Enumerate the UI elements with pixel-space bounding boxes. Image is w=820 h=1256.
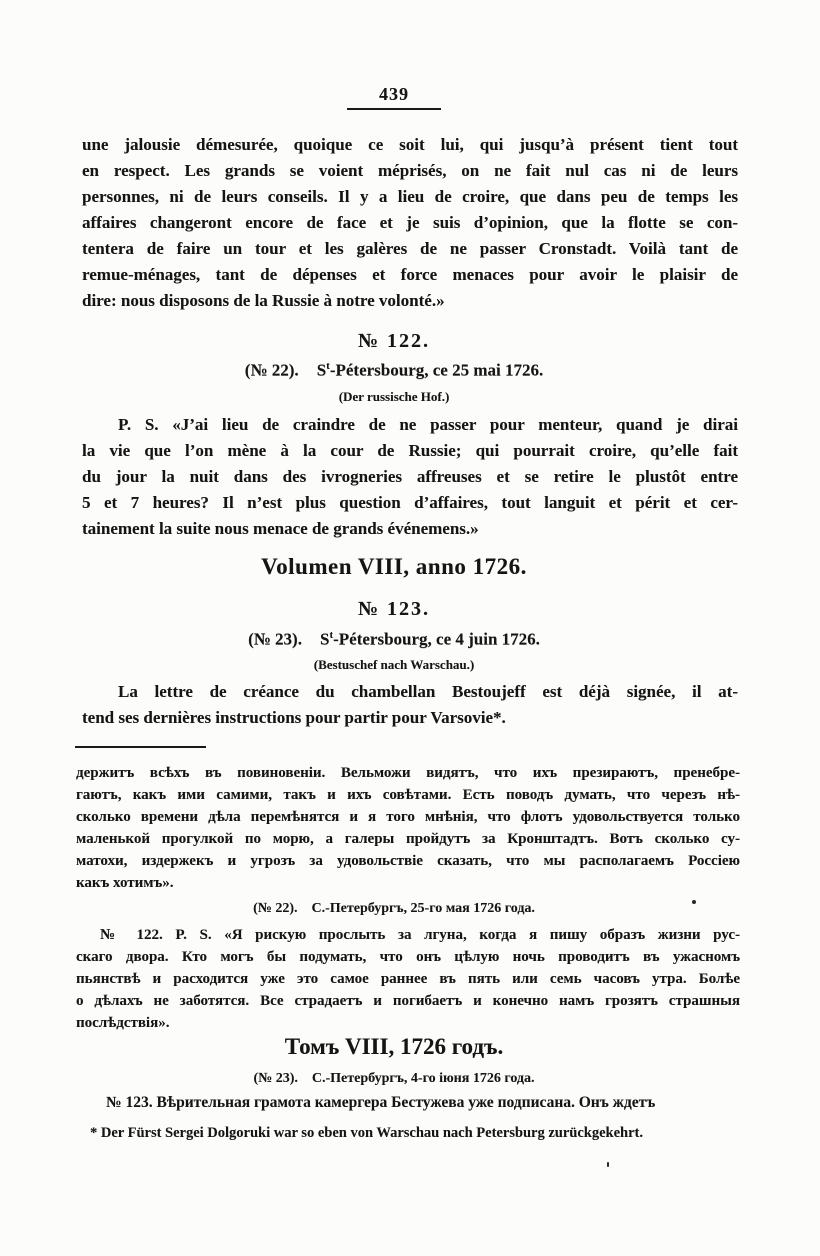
entry-122-dateline: (№ 22).St-Pétersbourg, ce 25 mai 1726.	[82, 360, 706, 381]
text-line: послѣдствія».	[76, 1012, 740, 1034]
text-line: affaires changeront encore de face et je…	[82, 210, 738, 236]
footnote-dateline-123-russian: (№ 23).С.-Петербургъ, 4-го іюня 1726 год…	[82, 1071, 706, 1087]
volume-heading-latin: Volumen VIII, anno 1726.	[82, 554, 706, 580]
text-line: какъ хотимъ».	[76, 872, 740, 894]
text-line: remue-ménages, tant de dépenses et force…	[82, 262, 738, 288]
footnote-dateline-text: С.-Петербургъ, 25-го мая 1726 года.	[312, 901, 535, 916]
paragraph-123: La lettre de créance du chambellan Besto…	[82, 679, 738, 731]
paragraph-ps-122: P. S. «J’ai lieu de craindre de ne passe…	[82, 412, 738, 542]
text-line: en respect. Les grands se voient méprisé…	[82, 158, 738, 184]
text-line: tend ses dernières instructions pour par…	[82, 705, 738, 731]
footnote-russian-continuation: держитъ всѣхъ въ повиновеніи. Вельможи в…	[76, 762, 740, 894]
footnote-dateline-number: (№ 23).	[253, 1071, 297, 1086]
entry-123-dateline-number: (№ 23).	[248, 630, 302, 649]
paragraph-french-continuation: une jalousie démesurée, quoique ce soit …	[82, 132, 738, 314]
text-line: пьянствѣ и расходится уже это самое ранн…	[76, 968, 740, 990]
footnote-paragraph-123-russian: № 123. Вѣрительная грамота камергера Бес…	[82, 1094, 738, 1112]
text-line: tainement la suite nous menace de grands…	[82, 516, 738, 542]
text-line: держитъ всѣхъ въ повиновеніи. Вельможи в…	[76, 762, 740, 784]
text-line: маленькой прогулкой по морю, а галеры пр…	[76, 828, 740, 850]
text-line: la vie que l’on mène à la cour de Russie…	[82, 438, 738, 464]
dateline-place-rest: -Pétersbourg, ce 25 mai 1726.	[330, 361, 543, 380]
footnote-dateline-122-russian: (№ 22).С.-Петербургъ, 25-го мая 1726 год…	[82, 901, 706, 917]
text-line: tentera de faire un tour et les galères …	[82, 236, 738, 262]
entry-123-heading: № 123.	[82, 598, 706, 621]
footnote-dateline-number: (№ 22).	[253, 901, 297, 916]
dateline-place-initial: S	[317, 361, 326, 380]
entry-123-subtitle: (Bestuschef nach Warschau.)	[82, 657, 706, 673]
footnote-dateline-text: С.-Петербургъ, 4-го іюня 1726 года.	[312, 1071, 535, 1086]
dateline-place-rest: -Pétersbourg, ce 4 juin 1726.	[333, 630, 540, 649]
text-line: 5 et 7 heures? Il n’est plus question d’…	[82, 490, 738, 516]
text-line: о дѣлахъ не заботятся. Все страдаетъ и п…	[76, 990, 740, 1012]
text-line: гаютъ, какъ ими самими, такъ и ихъ совѣт…	[76, 784, 740, 806]
footnote-german-asterisk: * Der Fürst Sergei Dolgoruki war so eben…	[82, 1125, 738, 1142]
text-line: du jour la nuit dans des ivrogneries aff…	[82, 464, 738, 490]
text-line: La lettre de créance du chambellan Besto…	[82, 679, 738, 705]
volume-heading-russian: Томъ VIII, 1726 годъ.	[82, 1034, 706, 1060]
footnote-separator-rule	[75, 746, 206, 748]
text-line: матохи, издержекъ и угрозъ за удовольств…	[76, 850, 740, 872]
footnote-paragraph-122-russian: № 122. P. S. «Я рискую прослыть за лгуна…	[76, 924, 740, 1034]
text-line: сколько времени дѣла перемѣнятся и я тог…	[76, 806, 740, 828]
text-line: P. S. «J’ai lieu de craindre de ne passe…	[82, 412, 738, 438]
page-number: 439	[82, 84, 706, 105]
page-number-rule	[347, 108, 441, 110]
entry-122-dateline-number: (№ 22).	[245, 361, 299, 380]
entry-122-heading: № 122.	[82, 330, 706, 353]
page-header: 439	[82, 84, 706, 110]
print-artifact-dot	[692, 900, 696, 904]
text-line: dire: nous disposons de la Russie à notr…	[82, 288, 738, 314]
entry-123-dateline: (№ 23).St-Pétersbourg, ce 4 juin 1726.	[82, 629, 706, 650]
book-page: 439 une jalousie démesurée, quoique ce s…	[0, 0, 820, 1256]
text-line: № 122. P. S. «Я рискую прослыть за лгуна…	[76, 924, 740, 946]
entry-122-subtitle: (Der russische Hof.)	[82, 389, 706, 405]
text-line: скаго двора. Кто могъ бы подумать, что о…	[76, 946, 740, 968]
print-artifact-mark	[607, 1162, 609, 1167]
text-line: personnes, ni de leurs conseils. Il y a …	[82, 184, 738, 210]
text-line: une jalousie démesurée, quoique ce soit …	[82, 132, 738, 158]
